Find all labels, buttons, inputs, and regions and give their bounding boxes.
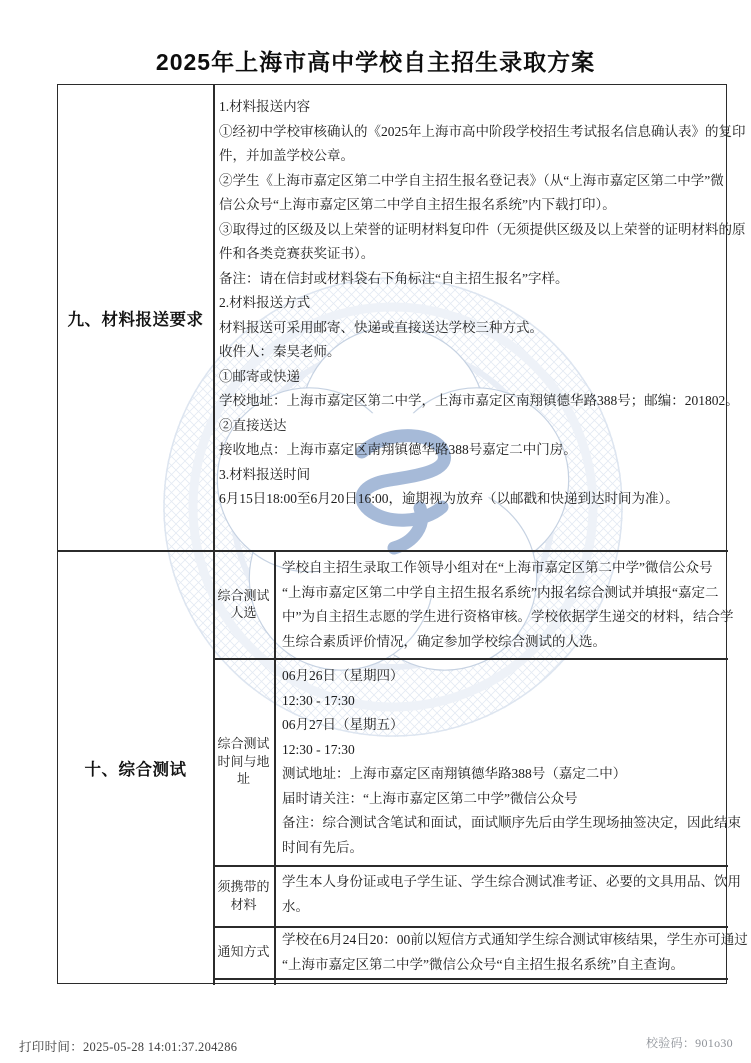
sublabel-test-candidates: 综合测试人选: [213, 550, 274, 658]
text-line: “上海市嘉定区第二中学自主招生报名系统”内报名综合测试并填报“嘉定二: [282, 581, 726, 606]
text-line: 6月15日18:00至6月20日16:00，逾期视为放弃（以邮戳和快递到达时间为…: [219, 487, 724, 512]
text-line: 学校自主招生录取工作领导小组对在“上海市嘉定区第二中学”微信公众号: [282, 556, 726, 581]
test-time-place-content: 06月26日（星期四）12:30 - 17:3006月27日（星期五）12:30…: [274, 658, 728, 865]
text-line: 届时请关注：“上海市嘉定区第二中学”微信公众号: [282, 787, 726, 812]
text-line: 备注：综合测试含笔试和面试，面试顺序先后由学生现场抽签决定，因此结束: [282, 811, 726, 836]
row-header-materials-requirements: 九、材料报送要求: [58, 85, 213, 550]
test-candidates-content: 学校自主招生录取工作领导小组对在“上海市嘉定区第二中学”微信公众号“上海市嘉定区…: [274, 550, 728, 658]
text-line: 材料: [230, 896, 256, 914]
text-line: 12:30 - 17:30: [282, 689, 726, 714]
text-line: ①邮寄或快递: [219, 365, 724, 390]
text-line: ③取得过的区级及以上荣誉的证明材料复印件（无须提供区级及以上荣誉的证明材料的原: [219, 218, 724, 243]
check-code: 校验码：901o30: [646, 1034, 733, 1051]
text-line: ②直接送达: [219, 414, 724, 439]
text-line: 06月26日（星期四）: [282, 664, 726, 689]
text-line: 备注：请在信封或材料袋右下角标注“自主招生报名”字样。: [219, 267, 724, 292]
text-line: 收件人：秦昊老师。: [219, 340, 724, 365]
text-line: 3.材料报送时间: [219, 463, 724, 488]
sublabel-required-items: 须携带的材料: [213, 865, 274, 926]
text-line: ①经初中学校审核确认的《2025年上海市高中阶段学校招生考试报名信息确认表》的复…: [219, 120, 724, 145]
text-line: 须携带的: [217, 878, 269, 896]
text-line: “上海市嘉定区第二中学”微信公众号“自主招生报名系统”自主查询。: [282, 953, 726, 978]
text-line: 测试地址：上海市嘉定区南翔镇德华路388号（嘉定二中）: [282, 762, 726, 787]
text-line: 2.材料报送方式: [219, 291, 724, 316]
text-line: 12:30 - 17:30: [282, 738, 726, 763]
text-line: 学生本人身份证或电子学生证、学生综合测试准考证、必要的文具用品、饮用: [282, 870, 726, 895]
print-time: 打印时间：2025-05-28 14:01:37.204286: [19, 1037, 237, 1055]
row-header-comprehensive-test: 十、综合测试: [58, 550, 213, 985]
sublabel-notification-method: 通知方式: [213, 926, 274, 978]
sublabel-test-time-place: 综合测试时间与地址: [213, 658, 274, 865]
text-line: 人选: [230, 604, 256, 622]
required-items-content: 学生本人身份证或电子学生证、学生综合测试准考证、必要的文具用品、饮用水。: [274, 865, 728, 926]
text-line: 综合测试: [217, 587, 269, 605]
document-page: 2025年上海市高中学校自主招生录取方案 九、材料报送要求 1.材料报送内容①经…: [0, 0, 751, 1063]
text-line: 06月27日（星期五）: [282, 713, 726, 738]
text-line: 件和各类竞赛获奖证书）。: [219, 242, 724, 267]
enrollment-plan-table: 九、材料报送要求 1.材料报送内容①经初中学校审核确认的《2025年上海市高中阶…: [57, 84, 727, 984]
text-line: 生综合素质评价情况，确定参加学校综合测试的人选。: [282, 630, 726, 655]
page-title: 2025年上海市高中学校自主招生录取方案: [0, 44, 751, 77]
text-line: 通知方式: [217, 943, 269, 961]
clipped-empty-row: [213, 978, 728, 985]
text-line: 水。: [282, 895, 726, 920]
text-line: 中”为自主招生志愿的学生进行资格审核。学校依据学生递交的材料，结合学: [282, 605, 726, 630]
text-line: 信公众号“上海市嘉定区第二中学自主招生报名系统”内下载打印）。: [219, 193, 724, 218]
notification-method-content: 学校在6月24日20：00前以短信方式通知学生综合测试审核结果，学生亦可通过“上…: [274, 926, 728, 978]
materials-requirements-content: 1.材料报送内容①经初中学校审核确认的《2025年上海市高中阶段学校招生考试报名…: [213, 85, 728, 550]
text-line: 件，并加盖学校公章。: [219, 144, 724, 169]
text-line: 综合测试: [217, 735, 269, 753]
text-line: 时间与地: [217, 753, 269, 771]
text-line: ②学生《上海市嘉定区第二中学自主招生报名登记表》（从“上海市嘉定区第二中学”微: [219, 169, 724, 194]
text-line: 材料报送可采用邮寄、快递或直接送达学校三种方式。: [219, 316, 724, 341]
text-line: 接收地点：上海市嘉定区南翔镇德华路388号嘉定二中门房。: [219, 438, 724, 463]
text-line: 1.材料报送内容: [219, 95, 724, 120]
text-line: 学校地址：上海市嘉定区第二中学，上海市嘉定区南翔镇德华路388号；邮编：2018…: [219, 389, 724, 414]
text-line: 址: [237, 770, 250, 788]
text-line: 时间有先后。: [282, 836, 726, 861]
text-line: 学校在6月24日20：00前以短信方式通知学生综合测试审核结果，学生亦可通过: [282, 928, 726, 953]
